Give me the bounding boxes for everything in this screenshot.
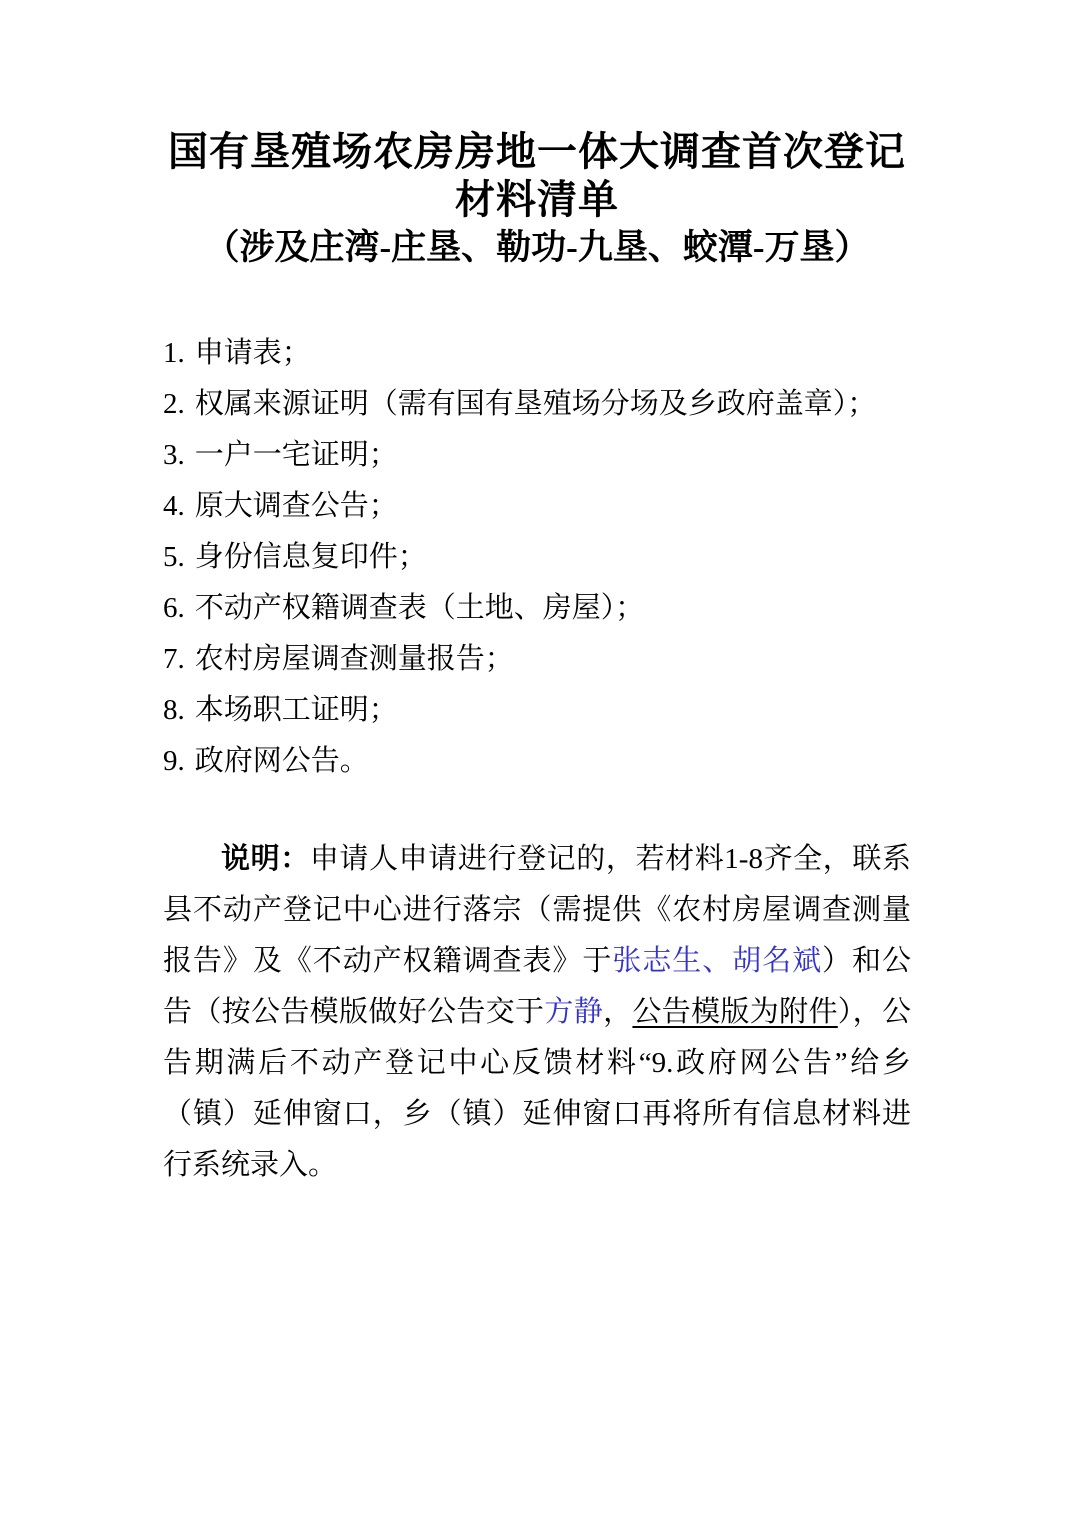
item-number: 6.: [163, 583, 185, 634]
item-number: 8.: [163, 685, 185, 736]
list-item: 8.本场职工证明；: [163, 685, 911, 736]
attachment-note-underlined: 公告模版为附件: [632, 996, 837, 1028]
item-text: 不动产权籍调查表（土地、房屋）；: [195, 592, 645, 624]
list-item: 9.政府网公告。: [163, 736, 911, 787]
list-item: 7.农村房屋调查测量报告；: [163, 634, 911, 685]
note-label: 说明：: [221, 843, 310, 875]
contact-names-zhang-hu: 张志生、胡名斌: [612, 945, 822, 977]
item-text: 身份信息复印件；: [195, 541, 427, 573]
item-text: 申请表；: [195, 337, 311, 369]
item-number: 5.: [163, 532, 185, 583]
note-paragraph: 说明：申请人申请进行登记的，若材料1-8齐全，联系县不动产登记中心进行落宗（需提…: [163, 834, 911, 1191]
item-text: 原大调查公告；: [195, 490, 398, 522]
title-line-1: 国有垦殖场农房房地一体大调查首次登记: [168, 129, 906, 174]
item-number: 2.: [163, 379, 185, 430]
title-line-2: 材料清单: [455, 177, 619, 222]
page-title: 国有垦殖场农房房地一体大调查首次登记 材料清单: [163, 128, 911, 224]
item-number: 4.: [163, 481, 185, 532]
item-text: 农村房屋调查测量报告；: [195, 643, 514, 675]
item-number: 9.: [163, 736, 185, 787]
list-item: 5.身份信息复印件；: [163, 532, 911, 583]
page-subtitle: （涉及庄湾-庄垦、勒功-九垦、蛟潭-万垦）: [163, 224, 911, 272]
materials-list: 1.申请表； 2.权属来源证明（需有国有垦殖场分场及乡政府盖章）； 3.一户一宅…: [163, 328, 911, 787]
list-item: 2.权属来源证明（需有国有垦殖场分场及乡政府盖章）；: [163, 379, 911, 430]
item-text: 权属来源证明（需有国有垦殖场分场及乡政府盖章）；: [195, 388, 877, 420]
contact-name-fangjing: 方静: [544, 996, 603, 1028]
item-number: 1.: [163, 328, 185, 379]
document-page: 国有垦殖场农房房地一体大调查首次登记 材料清单 （涉及庄湾-庄垦、勒功-九垦、蛟…: [0, 0, 1074, 1520]
item-number: 3.: [163, 430, 185, 481]
item-text: 本场职工证明；: [195, 694, 398, 726]
list-item: 6.不动产权籍调查表（土地、房屋）；: [163, 583, 911, 634]
item-text: 一户一宅证明；: [195, 439, 398, 471]
note-segment: ，: [603, 996, 632, 1028]
item-text: 政府网公告。: [195, 745, 369, 777]
item-number: 7.: [163, 634, 185, 685]
list-item: 1.申请表；: [163, 328, 911, 379]
list-item: 3.一户一宅证明；: [163, 430, 911, 481]
list-item: 4.原大调查公告；: [163, 481, 911, 532]
document-content: 国有垦殖场农房房地一体大调查首次登记 材料清单 （涉及庄湾-庄垦、勒功-九垦、蛟…: [163, 0, 911, 1191]
